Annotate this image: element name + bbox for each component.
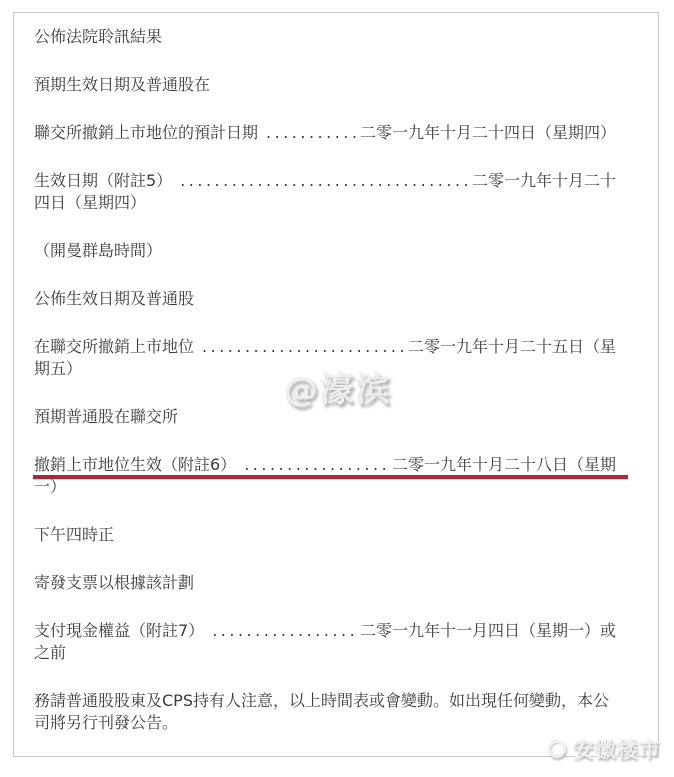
- entry-date: 二零一九年十月二十八日（星期: [392, 454, 616, 476]
- entry-label: 撤銷上市地位生效（附註6）: [34, 454, 236, 476]
- doc-line-text: 預期普通股在聯交所: [34, 407, 178, 426]
- doc-line-text: 下午四時正: [34, 525, 114, 544]
- notice-line-continuation: 司將另行刊發公告。: [34, 712, 634, 734]
- doc-line: （開曼群島時間）: [34, 240, 634, 262]
- entry-date: 二零一九年十月二十: [472, 170, 616, 192]
- doc-line: 下午四時正: [34, 524, 634, 546]
- dot-leader: ........................................…: [266, 122, 358, 144]
- entry-date-continuation: 之前: [34, 642, 634, 664]
- doc-line-text: （開曼群島時間）: [34, 241, 162, 260]
- timetable-entry: 支付現金權益（附註7） ............................…: [34, 620, 634, 664]
- entry-date: 二零一九年十一月四日（星期一）或: [360, 620, 616, 642]
- doc-line-text: 預期生效日期及普通股在: [34, 75, 210, 94]
- timetable-entry: 聯交所撤銷上市地位的預計日期 .........................…: [34, 122, 634, 144]
- entry-label: 在聯交所撤銷上市地位: [34, 336, 194, 358]
- timetable-entry: 生效日期（附註5） ..............................…: [34, 170, 634, 214]
- dot-leader: ........................................…: [244, 454, 390, 476]
- dot-leader: ........................................…: [180, 170, 470, 192]
- dot-leader: ........................................…: [212, 620, 358, 642]
- entry-label: 支付現金權益（附註7）: [34, 620, 204, 642]
- entry-date-continuation: 四日（星期四）: [34, 192, 634, 214]
- red-underline-annotation: [33, 475, 628, 479]
- entry-date: 二零一九年十月二十五日（星: [408, 336, 616, 358]
- doc-line: 預期普通股在聯交所: [34, 406, 634, 428]
- notice-line: 務請普通股股東及CPS持有人注意，以上時間表或會變動。如出現任何變動，本公: [34, 690, 634, 712]
- doc-line-text: 寄發支票以根據該計劃: [34, 573, 194, 592]
- doc-line: 預期生效日期及普通股在: [34, 74, 634, 96]
- doc-line: 公佈生效日期及普通股: [34, 288, 634, 310]
- timetable-entry: 在聯交所撤銷上市地位 .............................…: [34, 336, 634, 380]
- entry-label: 生效日期（附註5）: [34, 170, 172, 192]
- doc-line: 公佈法院聆訊結果: [34, 26, 634, 48]
- entry-date: 二零一九年十月二十四日（星期四）: [360, 122, 616, 144]
- entry-date-continuation: 期五）: [34, 358, 634, 380]
- dot-leader: ........................................…: [202, 336, 406, 358]
- doc-line-text: 公佈法院聆訊結果: [34, 27, 162, 46]
- entry-date-continuation: 一）: [34, 476, 634, 498]
- timetable-entry-highlighted: 撤銷上市地位生效（附註6） ..........................…: [34, 454, 634, 498]
- announcement-document: 公佈法院聆訊結果 預期生效日期及普通股在 聯交所撤銷上市地位的預計日期 ....…: [13, 12, 659, 757]
- entry-label: 聯交所撤銷上市地位的預計日期: [34, 122, 258, 144]
- notice-paragraph: 務請普通股股東及CPS持有人注意，以上時間表或會變動。如出現任何變動，本公 司將…: [34, 690, 634, 734]
- doc-line: 寄發支票以根據該計劃: [34, 572, 634, 594]
- doc-line-text: 公佈生效日期及普通股: [34, 289, 194, 308]
